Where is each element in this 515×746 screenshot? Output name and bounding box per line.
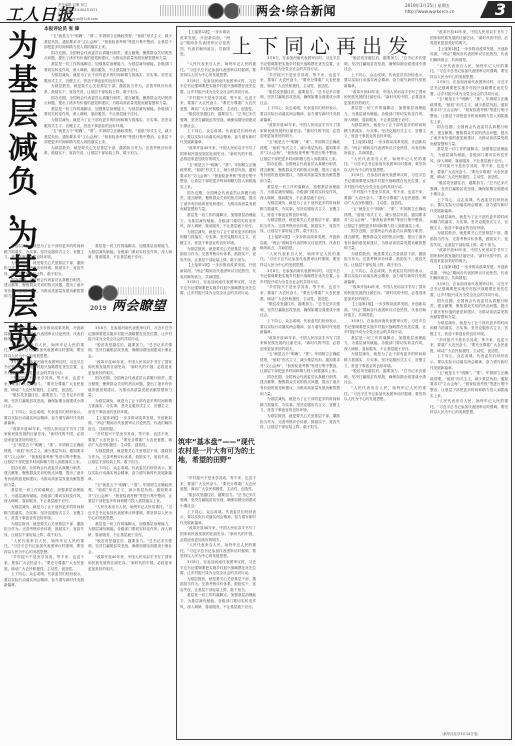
paragraph: 为基层鼓劲，就是要关心关爱基层干部，激励担当作为。完善考核评价体系，鼓励实干，宽…: [4, 261, 84, 278]
paragraph: 上下同心，众志成城。代表委员们纷纷表示，要以实际行动落实两会精神，奋力谱写新时代…: [430, 354, 508, 371]
paragraph: 【上接第1版】一步步推动改革发展，开创新局面，“两会”期间各代表团审议讨论热烈，…: [88, 416, 172, 433]
paragraph: “五”就是五个“明确”，“准”。牢固树立正确政绩观，“留痕”形式主义，减少基层负…: [344, 207, 426, 229]
paragraph: 国办近期，全国两会代表委员认真履行职责，建言献策，聚焦群众关切的热点问题，提出了…: [260, 375, 340, 397]
paragraph: 为基层减负，就是为了让干部有更多的时间和精力抓落实、办实事。坚决克服形式主义、官…: [88, 399, 172, 416]
right-article-column-4: “改革开放40年来，中国人民用双手书写了国家和民族发展的壮丽史诗。”新时代的中国…: [430, 30, 508, 728]
paragraph: 3月8日，在参加河南代表团审议时，习近平总书记强调要把实施乡村振兴战略摆在优先位…: [344, 173, 426, 190]
paragraph: “人民代表来自人民，始终牢记人民的重托。”习近平总书记参加代表团审议时强调，要坚…: [344, 386, 426, 403]
national-emblem-icon: [208, 3, 224, 19]
paragraph: 为基层鼓劲，就是要关心关爱基层干部，激励担当作为。完善考核评价体系，鼓励实干，宽…: [44, 84, 172, 95]
paragraph: 为基层减负，就是为了让干部有更多的时间和精力抓落实、办实事。坚决克服形式主义、官…: [44, 73, 172, 84]
paragraph: 基层是一切工作的落脚点，加强基层治理能力，为基层减负赋能。各级部门要切实转变作风…: [4, 488, 84, 505]
paragraph: 为基层减负，就是为了让干部有更多的时间和精力抓落实、办实事。坚决克服形式主义、官…: [44, 118, 172, 129]
paragraph: 为基层减负，就是为了让干部有更多的时间和精力抓落实、办实事。坚决克服形式主义、官…: [430, 215, 508, 232]
right-article-column-1-lower: “乡村振兴不是坐享其成，等不来、也送不来，要靠广大农民奋斗。”要充分尊重广大农民…: [180, 476, 256, 738]
paragraph: 国办近期，全国两会代表委员认真履行职责，建言献策，聚焦群众关切的热点问题，提出了…: [44, 96, 172, 107]
paragraph: “脱贫攻坚越往后，越要加力。”总书记多次强调，坚决打赢脱贫攻坚战，确保如期全面建…: [180, 112, 256, 129]
paragraph: “脱贫攻坚越往后，越要加力。”总书记多次强调，坚决打赢脱贫攻坚战，确保如期全面建…: [260, 302, 340, 319]
paragraph: “五”就是五个“明确”，“准”。牢固树立正确政绩观，“留痕”形式主义，减少基层负…: [260, 352, 340, 374]
paragraph: “乡村振兴不是坐享其成，等不来、也送不来，要靠广大农民奋斗。”要充分尊重广大农民…: [260, 73, 340, 90]
paragraph: 【上接第1版】一步步推动改革发展，开创新局面，“两会”期间各代表团审议讨论热烈，…: [180, 263, 256, 280]
paragraph: 为基层鼓劲，就是要关心关爱基层干部，激励担当作为。完善考核评价体系，鼓励实干，宽…: [260, 218, 340, 235]
headline-char: 层: [6, 98, 40, 132]
paragraph: “改革开放40年来，中国人民用双手书写了国家和民族发展的壮丽史诗。”新时代的中国…: [180, 526, 256, 543]
paragraph: 国办近期，全国两会代表委员认真履行职责，建言献策，聚焦群众关切的热点问题，提出了…: [180, 191, 256, 213]
paragraph: 为基层鼓劲，就是要关心关爱基层干部，激励担当作为。完善考核评价体系，鼓励实干，宽…: [430, 231, 508, 248]
headline-char: 减: [6, 132, 40, 166]
right-article-column-2: 3月8日，在参加河南代表团审议时，习近平总书记强调要把实施乡村振兴战略摆在优先位…: [260, 56, 340, 738]
badge-year: 2019: [90, 305, 107, 312]
two-sessions-badge: 两会瞭望 2019: [88, 283, 170, 317]
paragraph: “五”就是五个“明确”，“准”。牢固树立正确政绩观，“留痕”形式主义，减少基层负…: [88, 483, 172, 505]
paragraph: 国办近期，全国两会代表委员认真履行职责，建言献策，聚焦群众关切的热点问题，提出了…: [4, 278, 84, 300]
paragraph: 上下同心，众志成城。代表委员们纷纷表示，要以实际行动落实两会精神，奋力谱写新时代…: [180, 510, 256, 527]
paragraph: 【上接第1版】一步步推动改革发展，开创新局面，“两会”期间各代表团审议讨论热烈，…: [430, 265, 508, 282]
paragraph: “改革开放40年来，中国人民用双手书写了国家和民族发展的壮丽史诗。”新时代的中国…: [88, 555, 172, 572]
paragraph: 为基层减负，就是为了让干部有更多的时间和精力抓落实、办实事。坚决克服形式主义、官…: [344, 123, 426, 140]
paragraph: “改革开放40年来，中国人民用双手书写了国家和民族发展的壮丽史诗。”新时代的中国…: [180, 146, 256, 163]
paragraph: 为基层鼓劲，就是要关心关爱基层干部，激励担当作为。完善考核评价体系，鼓励实干，宽…: [344, 252, 426, 269]
paragraph: “乡村振兴不是坐享其成，等不来、也送不来，要靠广大农民奋斗。”要充分尊重广大农民…: [344, 190, 426, 207]
paragraph: “五”就是五个“明确”，“准”。牢固树立正确政绩观，“留痕”形式主义，减少基层负…: [260, 140, 340, 162]
paragraph: 为基层鼓劲，就是要关心关爱基层干部，激励担当作为。完善考核评价体系，鼓励实干，宽…: [4, 522, 84, 539]
paragraph: 3月8日，在参加河南代表团审议时，习近平总书记强调要把实施乡村振兴战略摆在优先位…: [430, 282, 508, 299]
paragraph: 为基层减负，就是为了让干部有更多的时间和精力抓落实、办实事。坚决克服形式主义、官…: [4, 244, 84, 261]
paragraph: 3月8日，在参加河南代表团审议时，习近平总书记强调要把实施乡村振兴战略摆在优先位…: [180, 79, 256, 96]
paragraph: 【上接第1版】一步步推动改革发展，开创新局面，“两会”期间各代表团审议讨论热烈，…: [4, 326, 84, 343]
paragraph: “脱贫攻坚越往后，越要加力。”总书记多次强调，坚决打赢脱贫攻坚战，确保如期全面建…: [430, 181, 508, 198]
paragraph: 基层是一切工作的落脚点，加强基层治理能力，为基层减负赋能。各级部门要切实转变作风…: [180, 593, 256, 610]
paragraph: 3月8日，在参加河南代表团审议时，习近平总书记强调要把实施乡村振兴战略摆在优先位…: [180, 560, 256, 577]
paragraph: “人民代表来自人民，始终牢记人民的重托。”习近平总书记参加代表团审议时强调，要坚…: [4, 343, 84, 360]
paragraph: 为基层鼓劲，就是要关心关爱基层干部，激励担当作为。完善考核评价体系，鼓励实干，宽…: [44, 146, 172, 157]
paragraph: “人民代表来自人民，始终牢记人民的重托。”习近平总书记参加代表团审议时强调，要坚…: [88, 505, 172, 522]
decorative-swoosh: [118, 287, 166, 295]
paragraph: 为基层鼓劲，就是要关心关爱基层干部，激励担当作为。完善考核评价体系，鼓励实干，宽…: [260, 414, 340, 431]
paragraph: 为基层减负，就是为了让干部有更多的时间和精力抓落实、办实事。坚决克服形式主义、官…: [430, 321, 508, 338]
paragraph: “脱贫攻坚越往后，越要加力。”总书记多次强调，坚决打赢脱贫攻坚战，确保如期全面建…: [344, 56, 426, 73]
publication-info: 责任编辑 赵琳 刘立 本版电话 010-84151521 E-mail: grr…: [58, 3, 98, 21]
paragraph: “人民代表来自人民，始终牢记人民的重托。”习近平总书记参加代表团审议时强调，要坚…: [180, 62, 256, 79]
right-article-headline: 上下同心再出发: [232, 30, 414, 59]
paragraph: “人民代表来自人民，始终牢记人民的重托。”习近平总书记参加代表团审议时强调，要坚…: [430, 399, 508, 416]
paragraph: “改革开放40年来，中国人民用双手书写了国家和民族发展的壮丽史诗。”新时代的中国…: [88, 360, 172, 377]
paragraph: “人民代表来自人民，始终牢记人民的重托。”习近平总书记参加代表团审议时强调，要坚…: [180, 543, 256, 560]
paragraph: “改革开放40年来，中国人民用双手书写了国家和民族发展的壮丽史诗。”新时代的中国…: [344, 285, 426, 302]
paragraph: 国办近期，全国两会代表委员认真履行职责，建言献策，聚焦群众关切的热点问题，提出了…: [44, 51, 172, 62]
paragraph: 基层是一切工作的落脚点，加强基层治理能力，为基层减负赋能。各级部门要切实转变作风…: [44, 62, 172, 73]
paragraph: 上下同心，众志成城。代表委员们纷纷表示，要以实际行动落实两会精神，奋力谱写新时代…: [180, 129, 256, 146]
right-article-subheading: 筑牢“基本盘”——“现代农村是一片大有可为的土地，希望的田野”: [178, 438, 258, 465]
paragraph: 3月8日，在参加河南代表团审议时，习近平总书记强调要把实施乡村振兴战略摆在优先位…: [344, 319, 426, 336]
byline: 本报评论员 张 锋: [44, 26, 79, 32]
paragraph: “改革开放40年来，中国人民用双手书写了国家和民族发展的壮丽史诗。”新时代的中国…: [260, 336, 340, 353]
paragraph: 为基层鼓劲，就是要关心关爱基层干部，激励担当作为。完善考核评价体系，鼓励实干，宽…: [88, 449, 172, 466]
article-credit: （新华社北京3月14日电）: [440, 731, 480, 736]
paragraph: “乡村振兴不是坐享其成，等不来、也送不来，要靠广大农民奋斗。”要充分尊重广大农民…: [4, 555, 84, 572]
paragraph: 为基层鼓劲，就是要关心关爱基层干部，激励担当作为。完善考核评价体系，鼓励实干，宽…: [180, 247, 256, 264]
left-article-continuation-right: 基层是一切工作的落脚点，加强基层治理能力，为基层减负赋能。各级部门要切实转变作风…: [88, 244, 172, 280]
paragraph: “人民代表来自人民，始终牢记人民的重托。”习近平总书记参加代表团审议时强调，要坚…: [260, 252, 340, 269]
paragraph: 上下同心，众志成城。代表委员们纷纷表示，要以实际行动落实两会精神，奋力谱写新时代…: [344, 73, 426, 90]
paragraph: “改革开放40年来，中国人民用双手书写了国家和民族发展的壮丽史诗。”新时代的中国…: [260, 123, 340, 140]
headline-char: 基: [6, 64, 40, 98]
paragraph: “乡村振兴不是坐享其成，等不来、也送不来，要靠广大农民奋斗。”要充分尊重广大农民…: [430, 164, 508, 181]
paragraph: 上下同心，众志成城。代表委员们纷纷表示，要以实际行动落实两会精神，奋力谱写新时代…: [4, 410, 84, 427]
paragraph: “五”就是五个“明确”，“准”。牢固树立正确政绩观，“留痕”形式主义，减少基层负…: [44, 129, 172, 146]
paragraph: 【上接第1版】一步步推动改革发展，开创新局面，“两会”期间各代表团审议讨论热烈，…: [430, 47, 508, 64]
left-article-continuation-left: 为基层减负，就是为了让干部有更多的时间和精力抓落实、办实事。坚决克服形式主义、官…: [4, 244, 84, 320]
paragraph: “脱贫攻坚越往后，越要加力。”总书记多次强调，坚决打赢脱贫攻坚战，确保如期全面建…: [88, 539, 172, 556]
paragraph: “乡村振兴不是坐享其成，等不来、也送不来，要靠广大农民奋斗。”要充分尊重广大农民…: [430, 338, 508, 355]
newspaper-page: 工人日报 责任编辑 赵琳 刘立 本版电话 010-84151521 E-mail…: [0, 0, 515, 746]
paragraph: 国办近期，全国两会代表委员认真履行职责，建言献策，聚焦群众关切的热点问题，提出了…: [4, 466, 84, 488]
paragraph: 为基层鼓劲，就是要关心关爱基层干部，激励担当作为。完善考核评价体系，鼓励实干，宽…: [180, 577, 256, 594]
paragraph: “五”就是五个“明确”，“准”。牢固树立正确政绩观，“留痕”形式主义，减少基层负…: [180, 163, 256, 191]
paragraph: 为基层减负，就是为了让干部有更多的时间和精力抓落实、办实事。坚决克服形式主义、官…: [180, 230, 256, 247]
paragraph: 国办近期，全国两会代表委员认真履行职责，建言献策，聚焦群众关切的热点问题，提出了…: [430, 299, 508, 321]
left-article-column-top: “五”就是五个“明确”，“准”。牢固树立正确政绩观，“留痕”形式主义，减少基层负…: [44, 34, 172, 279]
paragraph: 基层是一切工作的落脚点，加强基层治理能力，为基层减负赋能。各级部门要切实转变作风…: [88, 522, 172, 539]
paragraph: 3月8日，在参加河南代表团审议时，习近平总书记强调要把实施乡村振兴战略摆在优先位…: [260, 56, 340, 73]
right-article-column-3: “脱贫攻坚越往后，越要加力。”总书记多次强调，坚决打赢脱贫攻坚战，确保如期全面建…: [344, 56, 426, 738]
right-article-column-1: “人民代表来自人民，始终牢记人民的重托。”习近平总书记参加代表团审议时强调，要坚…: [180, 62, 256, 436]
paragraph: “人民代表来自人民，始终牢记人民的重托。”习近平总书记参加代表团审议时强调，要坚…: [4, 539, 84, 556]
headline-char: 为: [6, 30, 40, 64]
paragraph: 【上接第1版】一步步推动改革发展，开创新局面，“两会”期间各代表团审议讨论热烈，…: [344, 302, 426, 319]
paragraph: “乡村振兴不是坐享其成，等不来、也送不来，要靠广大农民奋斗。”要充分尊重广大农民…: [180, 96, 256, 113]
paragraph: 为基层减负，就是为了让干部有更多的时间和精力抓落实、办实事。坚决克服形式主义、官…: [260, 397, 340, 414]
paragraph: “五”就是五个“明确”，“准”。牢固树立正确政绩观，“留痕”形式主义，减少基层负…: [4, 443, 84, 465]
paragraph: 【上接第1版】一步步推动改革发展，开创新局面，“两会”期间各代表团审议讨论热烈，…: [260, 235, 340, 252]
paragraph: “乡村振兴不是坐享其成，等不来、也送不来，要靠广大农民奋斗。”要充分尊重广大农民…: [180, 476, 256, 493]
right-article-lead: 【上接第1版】一步步推动改革发展，开创新局面，“两会”期间各代表团审议讨论热烈，…: [180, 30, 230, 60]
paragraph: 基层是一切工作的落脚点，加强基层治理能力，为基层减负赋能。各级部门要切实转变作风…: [44, 107, 172, 118]
paragraph: 【上接第1版】一步步推动改革发展，开创新局面，“两会”期间各代表团审议讨论热烈，…: [180, 30, 230, 58]
paragraph: 为基层减负，就是为了让干部有更多的时间和精力抓落实、办实事。坚决克服形式主义、官…: [344, 352, 426, 369]
section-title: 两会·综合新闻: [256, 2, 336, 19]
paragraph: 基层是一切工作的落脚点，加强基层治理能力，为基层减负赋能。各级部门要切实转变作风…: [180, 213, 256, 230]
paragraph: 3月8日，在参加河南代表团审议时，习近平总书记强调要把实施乡村振兴战略摆在优先位…: [260, 269, 340, 286]
paragraph: 国办近期，全国两会代表委员认真履行职责，建言献策，聚焦群众关切的热点问题，提出了…: [344, 229, 426, 251]
paragraph: 上下同心，众志成城。代表委员们纷纷表示，要以实际行动落实两会精神，奋力谱写新时代…: [88, 466, 172, 483]
page-number-badge: 3: [480, 1, 512, 18]
divider: [4, 322, 172, 323]
dateline: 2019年3月15日 星期五 http://www.workercn.cn: [405, 3, 454, 15]
paragraph: 国办近期，全国两会代表委员认真履行职责，建言献策，聚焦群众关切的热点问题，提出了…: [430, 125, 508, 147]
paragraph: “人民代表来自人民，始终牢记人民的重托。”习近平总书记参加代表团审议时强调，要坚…: [344, 157, 426, 174]
headline-char: ，: [6, 200, 40, 220]
paragraph: 【上接第1版】一步步推动改革发展，开创新局面，“两会”期间各代表团审议讨论热烈，…: [344, 140, 426, 157]
left-lower-column-1: 【上接第1版】一步步推动改革发展，开创新局面，“两会”期间各代表团审议讨论热烈，…: [4, 326, 84, 740]
paragraph: 基层是一切工作的落脚点，加强基层治理能力，为基层减负赋能。各级部门要切实转变作风…: [260, 185, 340, 202]
paragraph: “改革开放40年来，中国人民用双手书写了国家和民族发展的壮丽史诗。”新时代的中国…: [430, 248, 508, 265]
paragraph: 上下同心，众志成城。代表委员们纷纷表示，要以实际行动落实两会精神，奋力谱写新时代…: [430, 198, 508, 215]
paragraph: “改革开放40年来，中国人民用双手书写了国家和民族发展的壮丽史诗。”新时代的中国…: [344, 90, 426, 107]
paragraph: 基层是一切工作的落脚点，加强基层治理能力，为基层减负赋能。各级部门要切实转变作风…: [344, 106, 426, 123]
paragraph: 基层是一切工作的落脚点，加强基层治理能力，为基层减负赋能。各级部门要切实转变作风…: [88, 244, 172, 261]
paragraph: 为基层减负，就是为了让干部有更多的时间和精力抓落实、办实事。坚决克服形式主义、官…: [260, 201, 340, 218]
paragraph: 上下同心，众志成城。代表委员们纷纷表示，要以实际行动落实两会精神，奋力谱写新时代…: [4, 572, 84, 589]
paragraph: “五”就是五个“明确”，“准”。牢固树立正确政绩观，“留痕”形式主义，减少基层负…: [430, 371, 508, 399]
paragraph: “脱贫攻坚越往后，越要加力。”总书记多次强调，坚决打赢脱贫攻坚战，确保如期全面建…: [4, 393, 84, 410]
paragraph: 国办近期，全国两会代表委员认真履行职责，建言献策，聚焦群众关切的热点问题，提出了…: [260, 162, 340, 184]
paragraph: 基层是一切工作的落脚点，加强基层治理能力，为基层减负赋能。各级部门要切实转变作风…: [344, 336, 426, 353]
badge-title: 两会瞭望: [112, 295, 166, 314]
masthead: 工人日报 责任编辑 赵琳 刘立 本版电话 010-84151521 E-mail…: [0, 0, 515, 23]
paragraph: “人民代表来自人民，始终牢记人民的重托。”习近平总书记参加代表团审议时强调，要坚…: [430, 64, 508, 81]
paragraph: 为基层减负，就是为了让干部有更多的时间和精力抓落实、办实事。坚决克服形式主义、官…: [4, 505, 84, 522]
pub-info-line: E-mail: grrbgongyun@126.com: [58, 12, 98, 21]
paragraph: 上下同心，众志成城。代表委员们纷纷表示，要以实际行动落实两会精神，奋力谱写新时代…: [260, 319, 340, 336]
paragraph: 3月8日，在参加河南代表团审议时，习近平总书记强调要把实施乡村振兴战略摆在优先位…: [4, 360, 84, 377]
paragraph: “脱贫攻坚越往后，越要加力。”总书记多次强调，坚决打赢脱贫攻坚战，确保如期全面建…: [180, 493, 256, 510]
left-lower-column-2: 3月8日，在参加河南代表团审议时，习近平总书记强调要把实施乡村振兴战略摆在优先位…: [88, 326, 172, 740]
paragraph: 3月8日，在参加河南代表团审议时，习近平总书记强调要把实施乡村振兴战略摆在优先位…: [88, 326, 172, 343]
paragraph: “脱贫攻坚越往后，越要加力。”总书记多次强调，坚决打赢脱贫攻坚战，确保如期全面建…: [260, 90, 340, 107]
website-link[interactable]: http://www.workercn.cn: [405, 9, 454, 15]
paragraph: 国办近期，全国两会代表委员认真履行职责，建言献策，聚焦群众关切的热点问题，提出了…: [88, 376, 172, 398]
paragraph: “五”就是五个“明确”，“准”。牢固树立正确政绩观，“留痕”形式主义，减少基层负…: [44, 34, 172, 51]
paragraph: 上下同心，众志成城。代表委员们纷纷表示，要以实际行动落实两会精神，奋力谱写新时代…: [260, 106, 340, 123]
paragraph: “改革开放40年来，中国人民用双手书写了国家和民族发展的壮丽史诗。”新时代的中国…: [4, 427, 84, 444]
paragraph: “乡村振兴不是坐享其成，等不来、也送不来，要靠广大农民奋斗。”要充分尊重广大农民…: [4, 376, 84, 393]
paragraph: “脱贫攻坚越往后，越要加力。”总书记多次强调，坚决打赢脱贫攻坚战，确保如期全面建…: [344, 369, 426, 386]
paragraph: 3月8日，在参加河南代表团审议时，习近平总书记强调要把实施乡村振兴战略摆在优先位…: [180, 280, 256, 297]
paragraph: “乡村振兴不是坐享其成，等不来、也送不来，要靠广大农民奋斗。”要充分尊重广大农民…: [260, 285, 340, 302]
paragraph: 上下同心，众志成城。代表委员们纷纷表示，要以实际行动落实两会精神，奋力谱写新时代…: [344, 269, 426, 286]
page-number: 3: [495, 0, 506, 19]
paragraph: 3月8日，在参加河南代表团审议时，习近平总书记强调要把实施乡村振兴战略摆在优先位…: [430, 80, 508, 97]
paragraph: “改革开放40年来，中国人民用双手书写了国家和民族发展的壮丽史诗。”新时代的中国…: [430, 30, 508, 47]
paragraph: “乡村振兴不是坐享其成，等不来、也送不来，要靠广大农民奋斗。”要充分尊重广大农民…: [88, 432, 172, 449]
decorative-stripes: [160, 5, 215, 16]
paragraph: 基层是一切工作的落脚点，加强基层治理能力，为基层减负赋能。各级部门要切实转变作风…: [430, 147, 508, 164]
paragraph: “脱贫攻坚越往后，越要加力。”总书记多次强调，坚决打赢脱贫攻坚战，确保如期全面建…: [88, 343, 172, 360]
paragraph: “五”就是五个“明确”，“准”。牢固树立正确政绩观，“留痕”形式主义，减少基层负…: [430, 97, 508, 125]
